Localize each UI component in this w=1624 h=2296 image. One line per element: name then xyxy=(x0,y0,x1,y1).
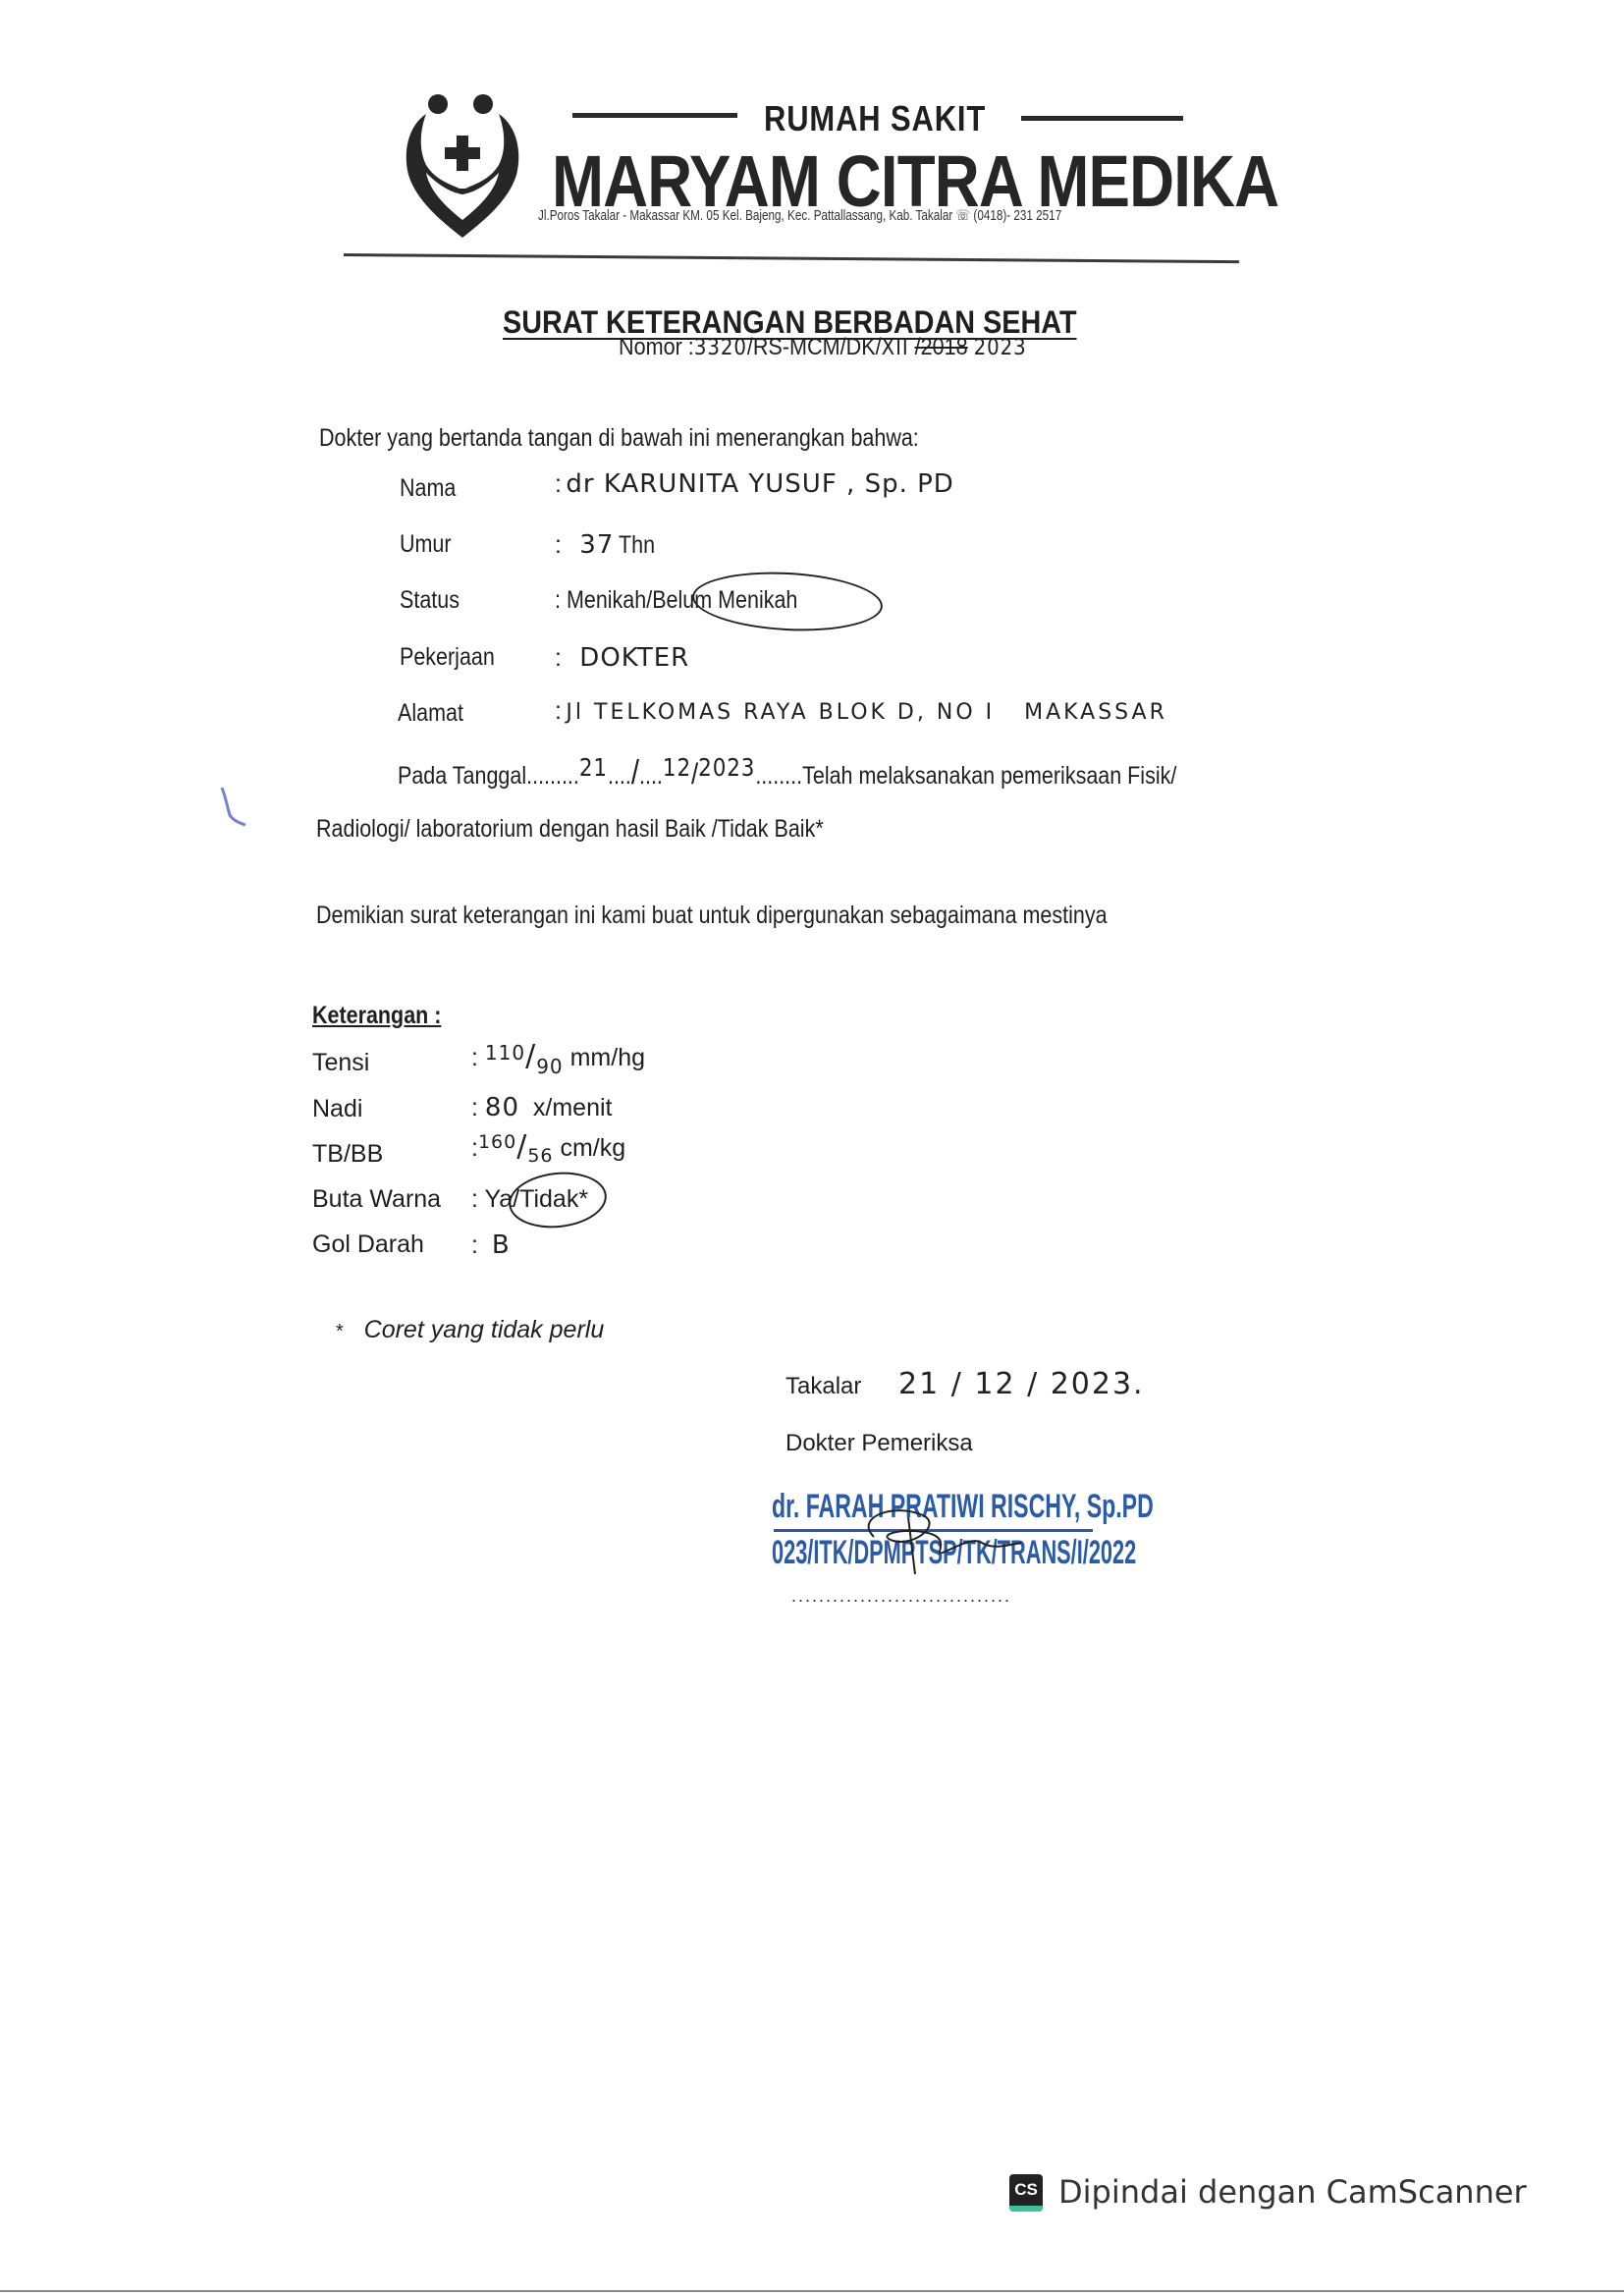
phone-number: (0418)- 231 2517 xyxy=(973,207,1061,224)
nomor-year-struck: /2018 xyxy=(915,334,968,360)
field-value-alamat: : Jl TELKOMAS RAYA BLOK D, NO I MAKASSAR xyxy=(555,697,1167,726)
umur-suffix: Thn xyxy=(619,531,655,560)
exam-date-label: Pada Tanggal xyxy=(398,762,526,790)
note-label-nadi: Nadi xyxy=(312,1095,362,1123)
exam-date-year: 2023 xyxy=(698,753,755,782)
header-left-line xyxy=(572,113,737,118)
field-value-pekerjaan: : DOKTER xyxy=(555,643,689,673)
notes-heading: Keterangan : xyxy=(312,1002,441,1030)
closing-text: Demikian surat keterangan ini kami buat … xyxy=(316,902,1108,930)
note-value-gol-darah: : B xyxy=(471,1230,511,1260)
nomor-year: 2023 xyxy=(974,336,1027,360)
note-label-buta-warna: Buta Warna xyxy=(312,1185,441,1214)
header-rule xyxy=(344,253,1239,263)
alamat-handwritten: Jl TELKOMAS RAYA BLOK D, NO I MAKASSAR xyxy=(566,700,1167,725)
status-option-menikah: Menikah/ xyxy=(567,586,652,614)
signature-date: 21 / 12 / 2023. xyxy=(898,1367,1145,1401)
nadi-value: 80 xyxy=(485,1093,519,1122)
exam-text-2: Radiologi/ laboratorium dengan hasil Bai… xyxy=(316,815,824,844)
nadi-unit: x/menit xyxy=(533,1094,613,1121)
field-value-umur: : 37 Thn xyxy=(555,530,661,560)
note-label-tensi: Tensi xyxy=(312,1049,369,1077)
intro-text: Dokter yang bertanda tangan di bawah ini… xyxy=(319,424,919,453)
status-selection-circle xyxy=(691,568,885,635)
pekerjaan-handwritten: DOKTER xyxy=(579,643,689,673)
signature-role: Dokter Pemeriksa xyxy=(785,1430,973,1457)
nomor-month: XII xyxy=(882,336,909,360)
nomor-number: 3320 xyxy=(694,336,747,360)
nomor-code: /RS-MCM/DK/ xyxy=(747,334,882,360)
hospital-address: Jl.Poros Takalar - Makassar KM. 05 Kel. … xyxy=(538,206,1061,224)
field-value-nama: : dr KARUNITA YUSUF , Sp. PD xyxy=(555,469,954,499)
phone-icon: ☏ xyxy=(956,207,971,224)
bb-value: 56 xyxy=(527,1145,553,1167)
gol-darah-value: B xyxy=(492,1230,511,1260)
exam-text-1: Telah melaksanakan pemeriksaan Fisik/ xyxy=(802,762,1176,790)
exam-date-line: Pada Tanggal.........21..../....12/2023.… xyxy=(398,754,1176,793)
nomor-label: Nomor : xyxy=(619,334,694,360)
tensi-unit: mm/hg xyxy=(570,1044,645,1071)
field-label-pekerjaan: Pekerjaan xyxy=(400,643,495,672)
footnote: * Coret yang tidak perlu xyxy=(336,1316,604,1344)
page-bottom-edge xyxy=(0,2290,1624,2292)
tensi-systolic: 110 xyxy=(485,1041,525,1065)
buta-warna-selection-circle xyxy=(506,1168,609,1232)
footnote-mark: * xyxy=(336,1321,344,1342)
exam-date-day: 21 xyxy=(579,753,608,782)
signature-dotted-line: ................................ xyxy=(791,1586,1011,1607)
footnote-text: Coret yang tidak perlu xyxy=(364,1316,605,1343)
camscanner-icon-text: CS xyxy=(1014,2180,1038,2199)
header-right-line xyxy=(1021,116,1183,121)
field-label-nama: Nama xyxy=(400,474,456,503)
note-label-tbbb: TB/BB xyxy=(312,1140,383,1169)
umur-handwritten: 37 xyxy=(579,530,614,560)
hospital-type: RUMAH SAKIT xyxy=(764,98,986,139)
address-text: Jl.Poros Takalar - Makassar KM. 05 Kel. … xyxy=(538,207,952,224)
tb-value: 160 xyxy=(478,1131,516,1153)
camscanner-icon: CS xyxy=(1009,2174,1043,2212)
note-value-tensi: : 110/90 mm/hg xyxy=(471,1039,645,1073)
signature-place: Takalar xyxy=(785,1373,861,1400)
tbbb-unit: cm/kg xyxy=(560,1134,625,1162)
exam-date-month: 12 xyxy=(663,753,691,782)
handwritten-signature xyxy=(835,1498,1051,1576)
field-label-umur: Umur xyxy=(400,530,452,559)
hospital-logo-icon xyxy=(401,90,524,240)
document-number: Nomor :3320/RS-MCM/DK/XII /2018 2023 xyxy=(619,334,1027,361)
scanned-with-text: Dipindai dengan CamScanner xyxy=(1058,2173,1527,2211)
tensi-diastolic: 90 xyxy=(536,1055,563,1078)
pen-mark xyxy=(216,784,255,833)
nama-handwritten: dr KARUNITA YUSUF , Sp. PD xyxy=(566,469,953,499)
note-label-gol-darah: Gol Darah xyxy=(312,1230,424,1259)
note-value-nadi: : 80 x/menit xyxy=(471,1093,613,1122)
field-label-alamat: Alamat xyxy=(398,699,463,728)
field-label-status: Status xyxy=(400,586,460,615)
note-value-tbbb: :160/56 cm/kg xyxy=(471,1129,625,1164)
